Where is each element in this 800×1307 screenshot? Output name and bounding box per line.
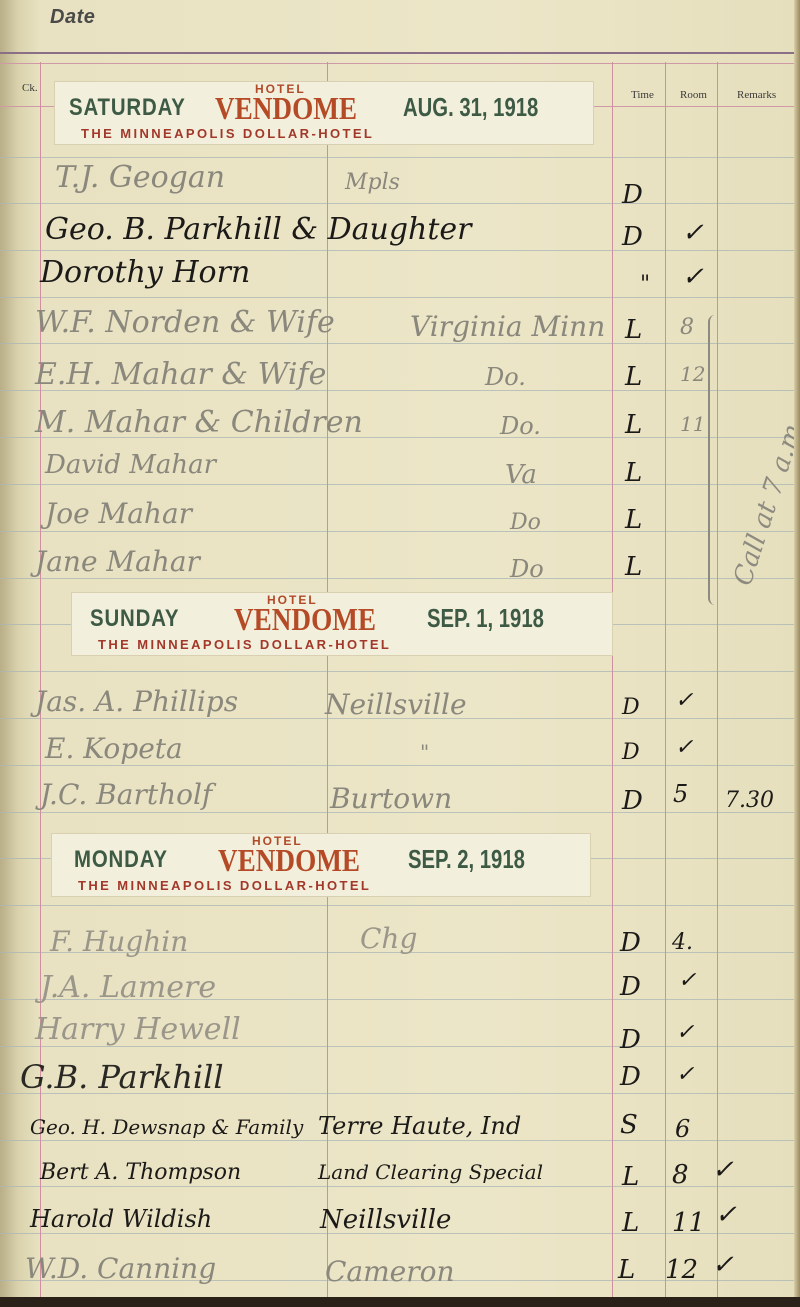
guest-time: L — [622, 1208, 639, 1238]
guest-residence: Do. — [485, 363, 526, 391]
header-rule-secondary — [0, 63, 800, 64]
remarks-bracket — [708, 315, 722, 605]
guest-room: ✓ — [682, 262, 704, 292]
guest-room: 8 — [672, 1160, 689, 1190]
guest-room: 11 — [680, 412, 705, 436]
guest-residence: " — [420, 740, 429, 764]
guest-room: 11 — [672, 1208, 705, 1238]
guest-time: L — [625, 315, 642, 345]
banner-tagline: THE MINNEAPOLIS DOLLAR-HOTEL — [98, 637, 391, 652]
header-rule — [0, 52, 800, 54]
banner-hotel-name: VENDOME — [234, 601, 376, 638]
guest-residence: Mpls — [345, 170, 400, 195]
guest-residence: Cameron — [325, 1255, 455, 1288]
guest-time: D — [620, 928, 641, 958]
guest-name: J.A. Lamere — [40, 970, 216, 1005]
remarks-column-line — [717, 62, 718, 1297]
banner-hotel-name: VENDOME — [215, 90, 357, 127]
banner-date: SEP. 1, 1918 — [427, 603, 544, 634]
date-banner-sunday: SUNDAY HOTEL VENDOME SEP. 1, 1918 THE MI… — [72, 593, 612, 655]
column-header-ck: Ck. — [22, 82, 38, 94]
column-header-remarks: Remarks — [737, 89, 776, 101]
guest-name: Bert A. Thompson — [40, 1160, 241, 1185]
guest-name: J.C. Bartholf — [40, 778, 212, 811]
guest-residence: Do — [510, 555, 544, 583]
banner-date: SEP. 2, 1918 — [408, 844, 525, 875]
guest-residence: Terre Haute, Ind — [318, 1112, 521, 1140]
guest-room: 4. — [672, 930, 693, 955]
date-banner-saturday: SATURDAY HOTEL VENDOME AUG. 31, 1918 THE… — [55, 82, 593, 144]
guest-room: 12 — [680, 362, 705, 386]
guest-time: D — [622, 222, 643, 252]
guest-time: S — [620, 1110, 638, 1140]
guest-remarks: 7.30 — [725, 788, 774, 813]
page-right-edge — [794, 0, 800, 1307]
guest-residence: Land Clearing Special — [318, 1160, 543, 1184]
guest-time: L — [625, 362, 642, 392]
hotel-register-page: Date Ck. Time Room Re — [0, 0, 800, 1307]
guest-name: E.H. Mahar & Wife — [35, 357, 326, 392]
guest-room: ✓ — [675, 735, 693, 760]
guest-time: D — [622, 180, 643, 210]
guest-room: 8 — [680, 315, 694, 340]
guest-remarks: ✓ — [712, 1155, 734, 1185]
guest-residence: Virginia Minn — [410, 310, 605, 343]
guest-name: G.B. Parkhill — [20, 1058, 224, 1096]
guest-time: D — [620, 1062, 641, 1092]
guest-room: ✓ — [678, 968, 696, 993]
guest-name: Geo. H. Dewsnap & Family — [30, 1115, 303, 1139]
guest-name: Jane Mahar — [35, 545, 200, 578]
guest-room: 5 — [673, 780, 688, 808]
guest-remarks: ✓ — [712, 1250, 734, 1280]
remarks-wakeup-note: Call at 7 a.m — [728, 420, 800, 589]
guest-room: 6 — [675, 1115, 690, 1143]
guest-name: F. Hughin — [50, 925, 188, 958]
guest-name: Dorothy Horn — [40, 255, 250, 290]
guest-residence: Va — [505, 460, 537, 490]
guest-name: David Mahar — [45, 450, 216, 480]
guest-name: W.F. Norden & Wife — [35, 305, 335, 340]
guest-residence: Do. — [500, 412, 541, 440]
guest-name: Joe Mahar — [45, 497, 192, 530]
guest-name: Harold Wildish — [30, 1205, 212, 1233]
banner-day: MONDAY — [74, 846, 168, 874]
guest-time: L — [625, 505, 642, 535]
guest-name: M. Mahar & Children — [35, 405, 363, 440]
guest-residence: Neillsville — [325, 688, 467, 721]
guest-residence: Do — [510, 510, 541, 535]
banner-date: AUG. 31, 1918 — [403, 92, 538, 123]
date-label: Date — [50, 6, 95, 29]
guest-residence: Burtown — [330, 782, 452, 815]
banner-tagline: THE MINNEAPOLIS DOLLAR-HOTEL — [81, 126, 374, 141]
guest-time: D — [620, 1025, 641, 1055]
column-header-room: Room — [680, 89, 707, 101]
guest-room: ✓ — [676, 1062, 694, 1087]
banner-day: SUNDAY — [90, 605, 179, 633]
date-banner-monday: MONDAY HOTEL VENDOME SEP. 2, 1918 THE MI… — [52, 834, 590, 896]
guest-residence: Chg — [360, 922, 417, 955]
guest-name: Geo. B. Parkhill & Daughter — [45, 212, 472, 247]
guest-room: 12 — [665, 1255, 698, 1285]
guest-time: L — [625, 458, 642, 488]
guest-name: W.D. Canning — [25, 1252, 216, 1285]
ck-column-line — [40, 62, 41, 1297]
guest-time: L — [625, 552, 642, 582]
guest-room: ✓ — [675, 688, 693, 713]
guest-room: ✓ — [676, 1020, 694, 1045]
banner-day: SATURDAY — [69, 94, 186, 122]
guest-time: L — [618, 1255, 635, 1285]
guest-time: L — [622, 1162, 639, 1192]
guest-name: E. Kopeta — [45, 732, 183, 765]
guest-time: D — [620, 972, 641, 1002]
time-column-line — [612, 62, 613, 1297]
guest-time: L — [625, 410, 642, 440]
guest-remarks: ✓ — [715, 1200, 737, 1230]
guest-time: D — [622, 695, 640, 720]
banner-hotel-name: VENDOME — [218, 842, 360, 879]
guest-name: Harry Hewell — [35, 1012, 241, 1047]
guest-time: D — [622, 786, 643, 816]
column-header-time: Time — [631, 89, 654, 101]
guest-name: Jas. A. Phillips — [35, 685, 238, 718]
guest-time: D — [622, 740, 640, 765]
guest-time: " — [640, 272, 650, 297]
room-column-line — [665, 62, 666, 1297]
banner-tagline: THE MINNEAPOLIS DOLLAR-HOTEL — [78, 878, 371, 893]
page-bottom-edge — [0, 1297, 800, 1307]
guest-name: T.J. Geogan — [55, 160, 225, 195]
guest-residence: Neillsville — [320, 1205, 451, 1235]
guest-room: ✓ — [682, 218, 704, 248]
